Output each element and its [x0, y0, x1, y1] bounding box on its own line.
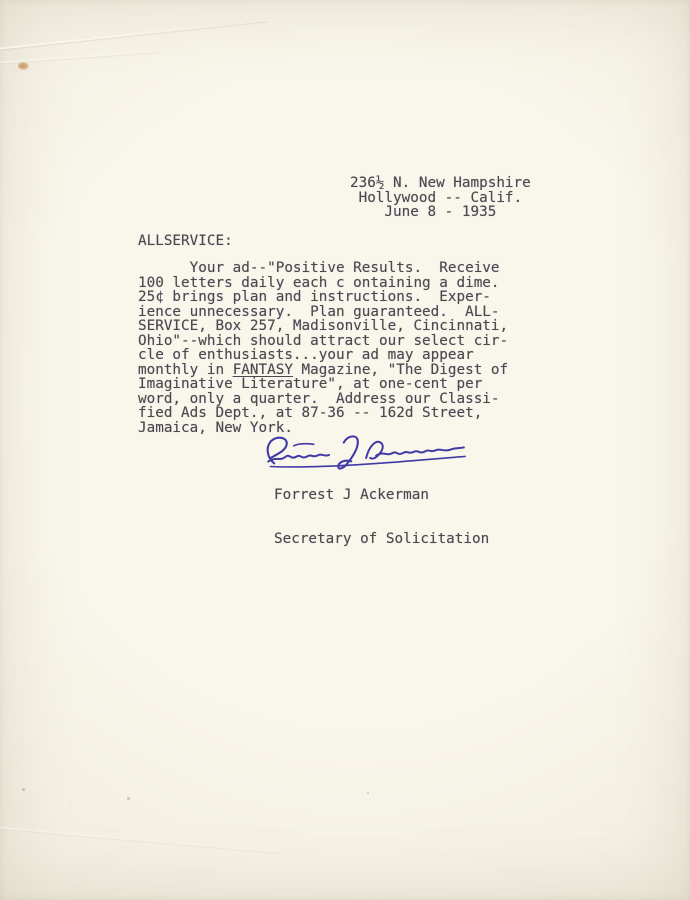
- signature-block: Forrest J Ackerman Secretary of Solicita…: [274, 459, 489, 575]
- paper-speck: [22, 788, 25, 791]
- paper-speck: [367, 792, 369, 794]
- paper-crease-top: [0, 19, 267, 50]
- signer-title: Secretary of Solicitation: [274, 532, 489, 547]
- letter-body: Your ad--"Positive Results. Receive100 l…: [138, 261, 508, 435]
- letter-page: 236½ N. New HampshireHollywood -- Calif.…: [0, 0, 690, 900]
- salutation: ALLSERVICE:: [138, 234, 233, 249]
- typed-name: Forrest J Ackerman: [274, 488, 489, 503]
- return-address-block: 236½ N. New HampshireHollywood -- Calif.…: [350, 176, 531, 220]
- paper-speck: [127, 797, 130, 800]
- paper-crease-bottom: [0, 825, 280, 853]
- paper-stain: [18, 62, 29, 70]
